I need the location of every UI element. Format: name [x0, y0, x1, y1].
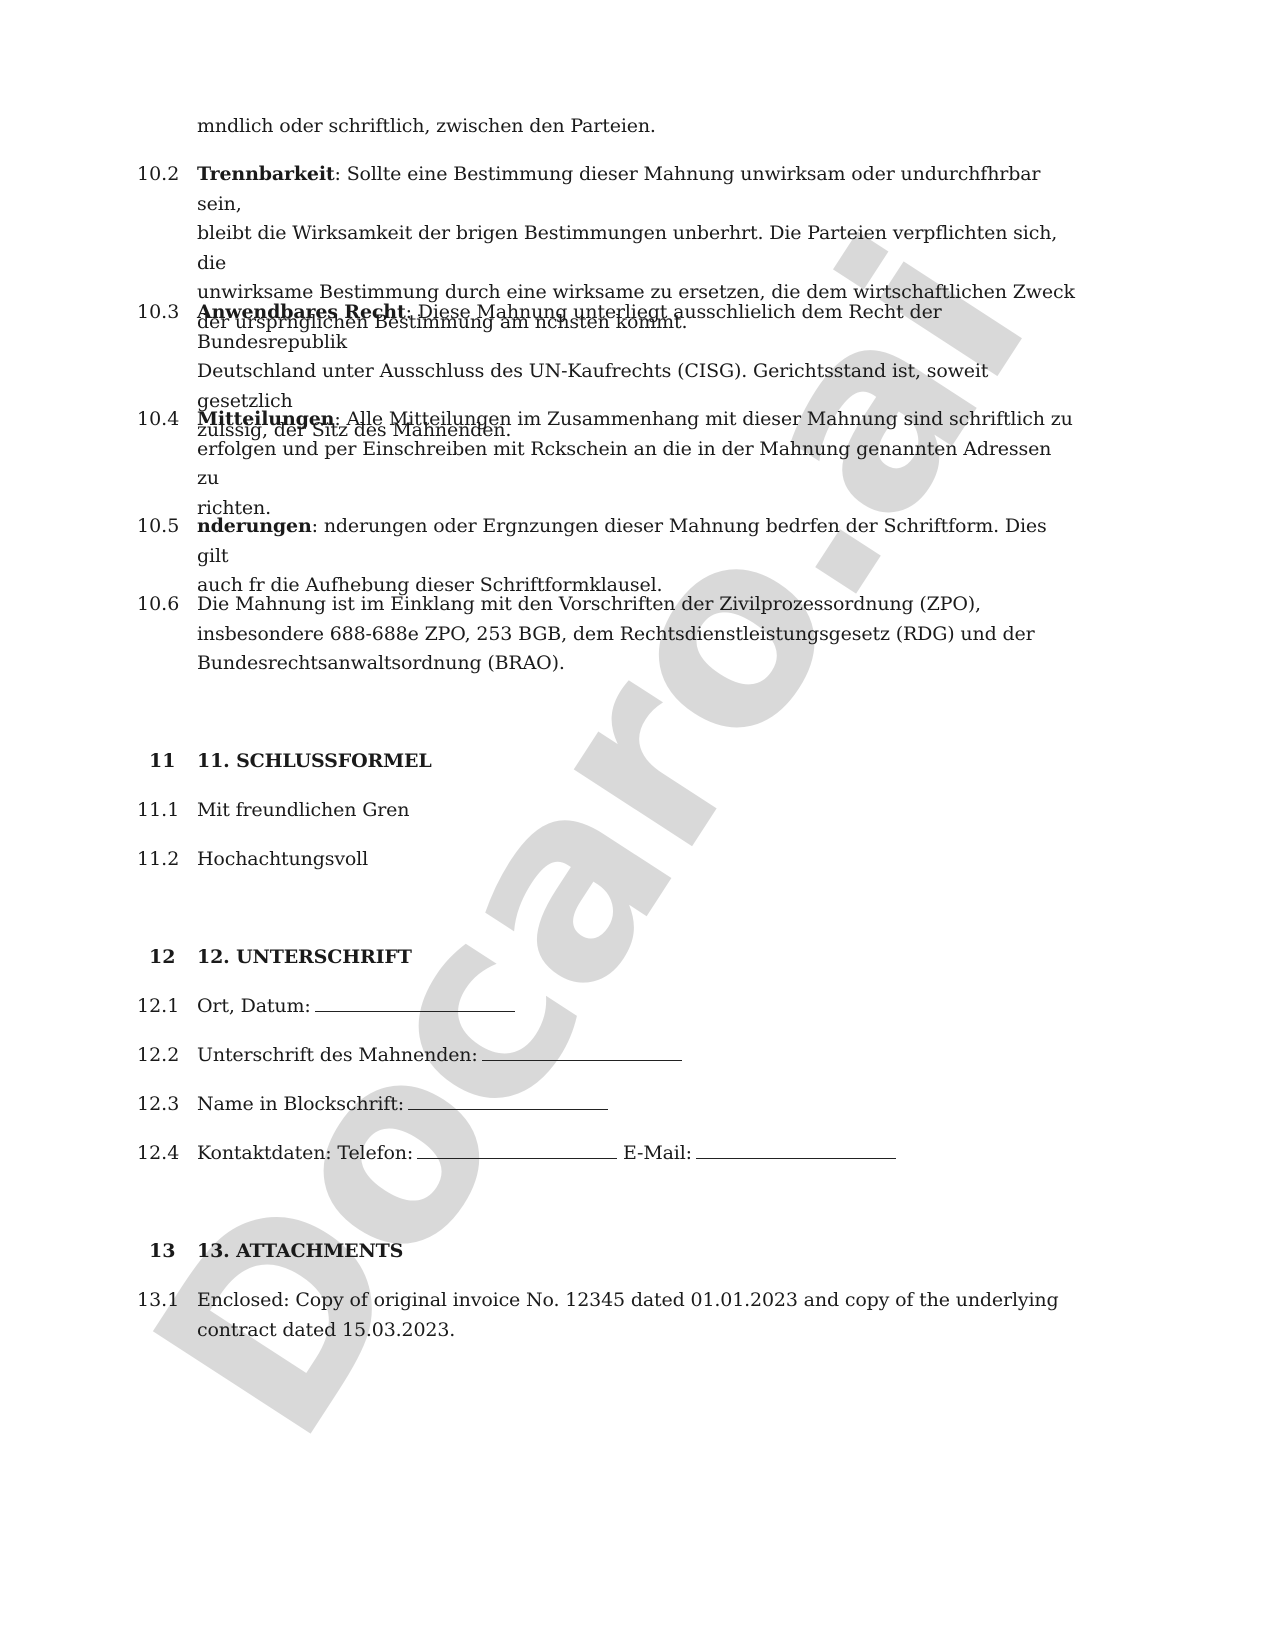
clause-title: nderungen: [197, 515, 312, 537]
clause-title: Anwendbares Recht: [197, 301, 406, 323]
line: Enclosed: Copy of original invoice No. 1…: [197, 1286, 1077, 1316]
document-page: Docaro.ai mndlich oder schriftlich, zwis…: [0, 0, 1275, 1650]
clause-text: Kontaktdaten: Telefon: E-Mail:: [197, 1139, 1077, 1169]
clause-text: Mit freundlichen Gren: [197, 796, 1077, 826]
block-name-blank-line[interactable]: [408, 1091, 608, 1110]
line: insbesondere 688-688e ZPO, 253 BGB, dem …: [197, 620, 1077, 650]
signature-blank-line[interactable]: [482, 1042, 682, 1061]
place-date-blank-line[interactable]: [315, 993, 515, 1012]
section-title: 12. UNTERSCHRIFT: [197, 943, 1077, 973]
section-number: 11: [149, 747, 199, 777]
field-label: Unterschrift des Mahnenden:: [197, 1044, 478, 1066]
clause-text: Die Mahnung ist im Einklang mit den Vors…: [197, 590, 1077, 679]
line: : nderungen oder Ergnzungen dieser Mahnu…: [197, 515, 1047, 567]
email-blank-line[interactable]: [696, 1140, 896, 1159]
clause-text: Name in Blockschrift:: [197, 1090, 1077, 1120]
clause-number: 10.6: [137, 590, 187, 620]
clause-text: nderungen: nderungen oder Ergnzungen die…: [197, 512, 1077, 601]
clause-number: 10.2: [137, 160, 187, 190]
clause-text: Enclosed: Copy of original invoice No. 1…: [197, 1286, 1077, 1345]
clause-number: 12.1: [137, 992, 187, 1022]
clause-number: 13.1: [137, 1286, 187, 1316]
clause-number: 11.1: [137, 796, 187, 826]
phone-blank-line[interactable]: [417, 1140, 617, 1159]
field-label: Kontaktdaten: Telefon:: [197, 1142, 413, 1164]
line: bleibt die Wirksamkeit der brigen Bestim…: [197, 219, 1077, 278]
clause-number: 11.2: [137, 845, 187, 875]
line: Bundesrechtsanwaltsordnung (BRAO).: [197, 649, 1077, 679]
clause-title: Mitteilungen: [197, 408, 334, 430]
line: : Alle Mitteilungen im Zusammenhang mit …: [334, 408, 1072, 430]
clause-text: Mitteilungen: Alle Mitteilungen im Zusam…: [197, 405, 1077, 523]
clause-number: 12.4: [137, 1139, 187, 1169]
line: erfolgen und per Einschreiben mit Rcksch…: [197, 435, 1077, 494]
line: contract dated 15.03.2023.: [197, 1316, 1077, 1346]
clause-title: Trennbarkeit: [197, 163, 335, 185]
section-title: 11. SCHLUSSFORMEL: [197, 747, 1077, 777]
clause-text: Ort, Datum:: [197, 992, 1077, 1022]
clause-number: 10.3: [137, 298, 187, 328]
section-number: 12: [149, 943, 199, 973]
line: Die Mahnung ist im Einklang mit den Vors…: [197, 590, 1077, 620]
paragraph-text: mndlich oder schriftlich, zwischen den P…: [197, 112, 1077, 142]
clause-text: Hochachtungsvoll: [197, 845, 1077, 875]
document-content: mndlich oder schriftlich, zwischen den P…: [0, 0, 1275, 1650]
clause-text: Unterschrift des Mahnenden:: [197, 1041, 1077, 1071]
field-label: E-Mail:: [623, 1142, 692, 1164]
section-title: 13. ATTACHMENTS: [197, 1237, 1077, 1267]
field-label: Ort, Datum:: [197, 995, 311, 1017]
clause-number: 12.2: [137, 1041, 187, 1071]
clause-number: 12.3: [137, 1090, 187, 1120]
section-number: 13: [149, 1237, 199, 1267]
clause-number: 10.4: [137, 405, 187, 435]
field-label: Name in Blockschrift:: [197, 1093, 404, 1115]
clause-number: 10.5: [137, 512, 187, 542]
